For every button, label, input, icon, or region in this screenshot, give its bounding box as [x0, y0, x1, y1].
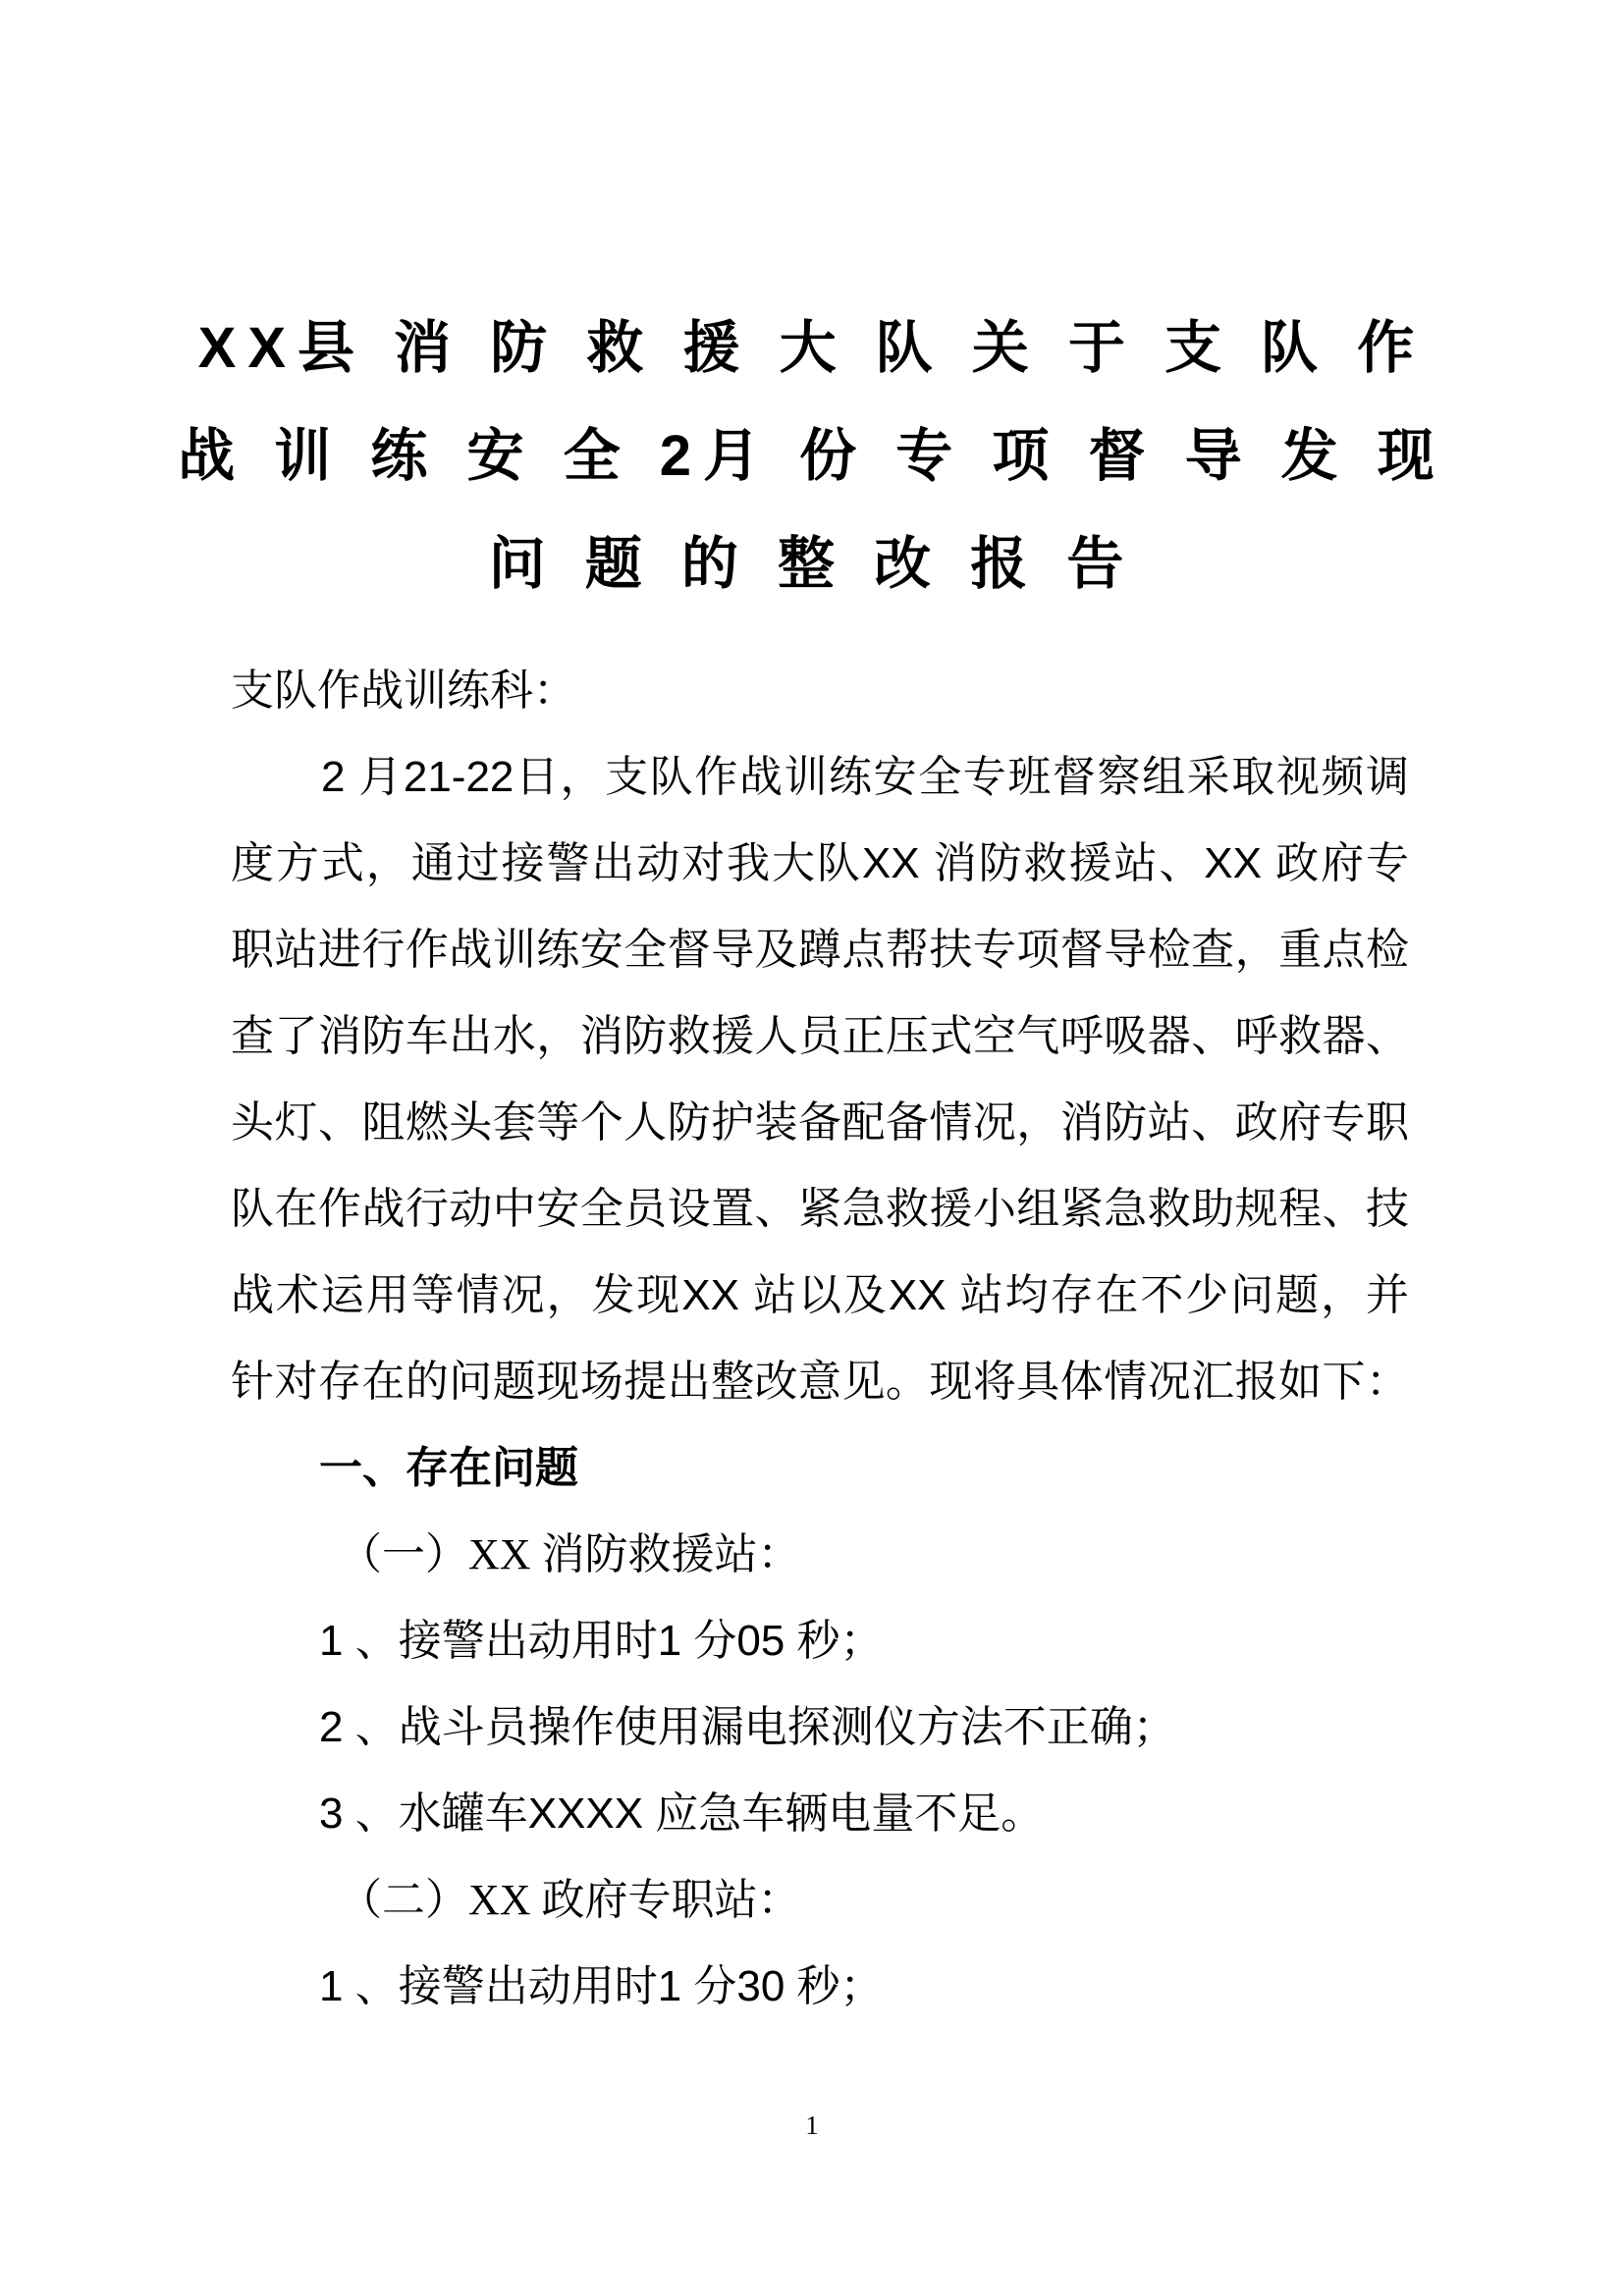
document-title: XX县 消 防 救 援 大 队 关 于 支 队 作 战 训 练 安 全 2月 份…	[125, 294, 1499, 618]
page-number: 1	[0, 2110, 1624, 2141]
list-item: 1 、接警出动用时1 分05 秒；	[319, 1598, 1409, 1684]
paragraph-line: 2 月21-22日，支队作战训练安全专班督察组采取视频调	[231, 734, 1409, 821]
title-line-1: XX县 消 防 救 援 大 队 关 于 支 队 作	[125, 294, 1499, 402]
paragraph-line: 针对存在的问题现场提出整改意见。现将具体情况汇报如下：	[231, 1339, 1409, 1425]
paragraph-line: 战术运用等情况，发现XX 站以及XX 站均存在不少问题，并	[231, 1253, 1409, 1339]
paragraph-line: 查了消防车出水，消防救援人员正压式空气呼吸器、呼救器、	[231, 993, 1409, 1080]
list-item: 2 、战斗员操作使用漏电探测仪方法不正确；	[319, 1684, 1409, 1771]
salutation: 支队作战训练科：	[231, 648, 1409, 734]
subsection-heading-station-2: （二）XX 政府专职站：	[339, 1857, 1409, 1944]
list-item: 3 、水罐车XXXX 应急车辆电量不足。	[319, 1771, 1409, 1857]
paragraph-line: 队在作战行动中安全员设置、紧急救援小组紧急救助规程、技	[231, 1166, 1409, 1253]
title-line-3: 问 题 的 整 改 报 告	[125, 510, 1499, 618]
paragraph-line: 职站进行作战训练安全督导及蹲点帮扶专项督导检查，重点检	[231, 907, 1409, 993]
paragraph-line: 度方式，通过接警出动对我大队XX 消防救援站、XX 政府专	[231, 821, 1409, 907]
list-item: 1 、接警出动用时1 分30 秒；	[319, 1944, 1409, 2030]
document-page: XX县 消 防 救 援 大 队 关 于 支 队 作 战 训 练 安 全 2月 份…	[0, 0, 1624, 2296]
document-body: 支队作战训练科： 2 月21-22日，支队作战训练安全专班督察组采取视频调 度方…	[231, 648, 1409, 2030]
section-heading-problems: 一、存在问题	[319, 1425, 1409, 1512]
body-paragraph: 2 月21-22日，支队作战训练安全专班督察组采取视频调 度方式，通过接警出动对…	[231, 734, 1409, 1425]
paragraph-line: 头灯、阻燃头套等个人防护装备配备情况，消防站、政府专职	[231, 1080, 1409, 1166]
title-line-2: 战 训 练 安 全 2月 份 专 项 督 导 发 现	[125, 402, 1499, 510]
subsection-heading-station-1: （一）XX 消防救援站：	[339, 1512, 1409, 1598]
